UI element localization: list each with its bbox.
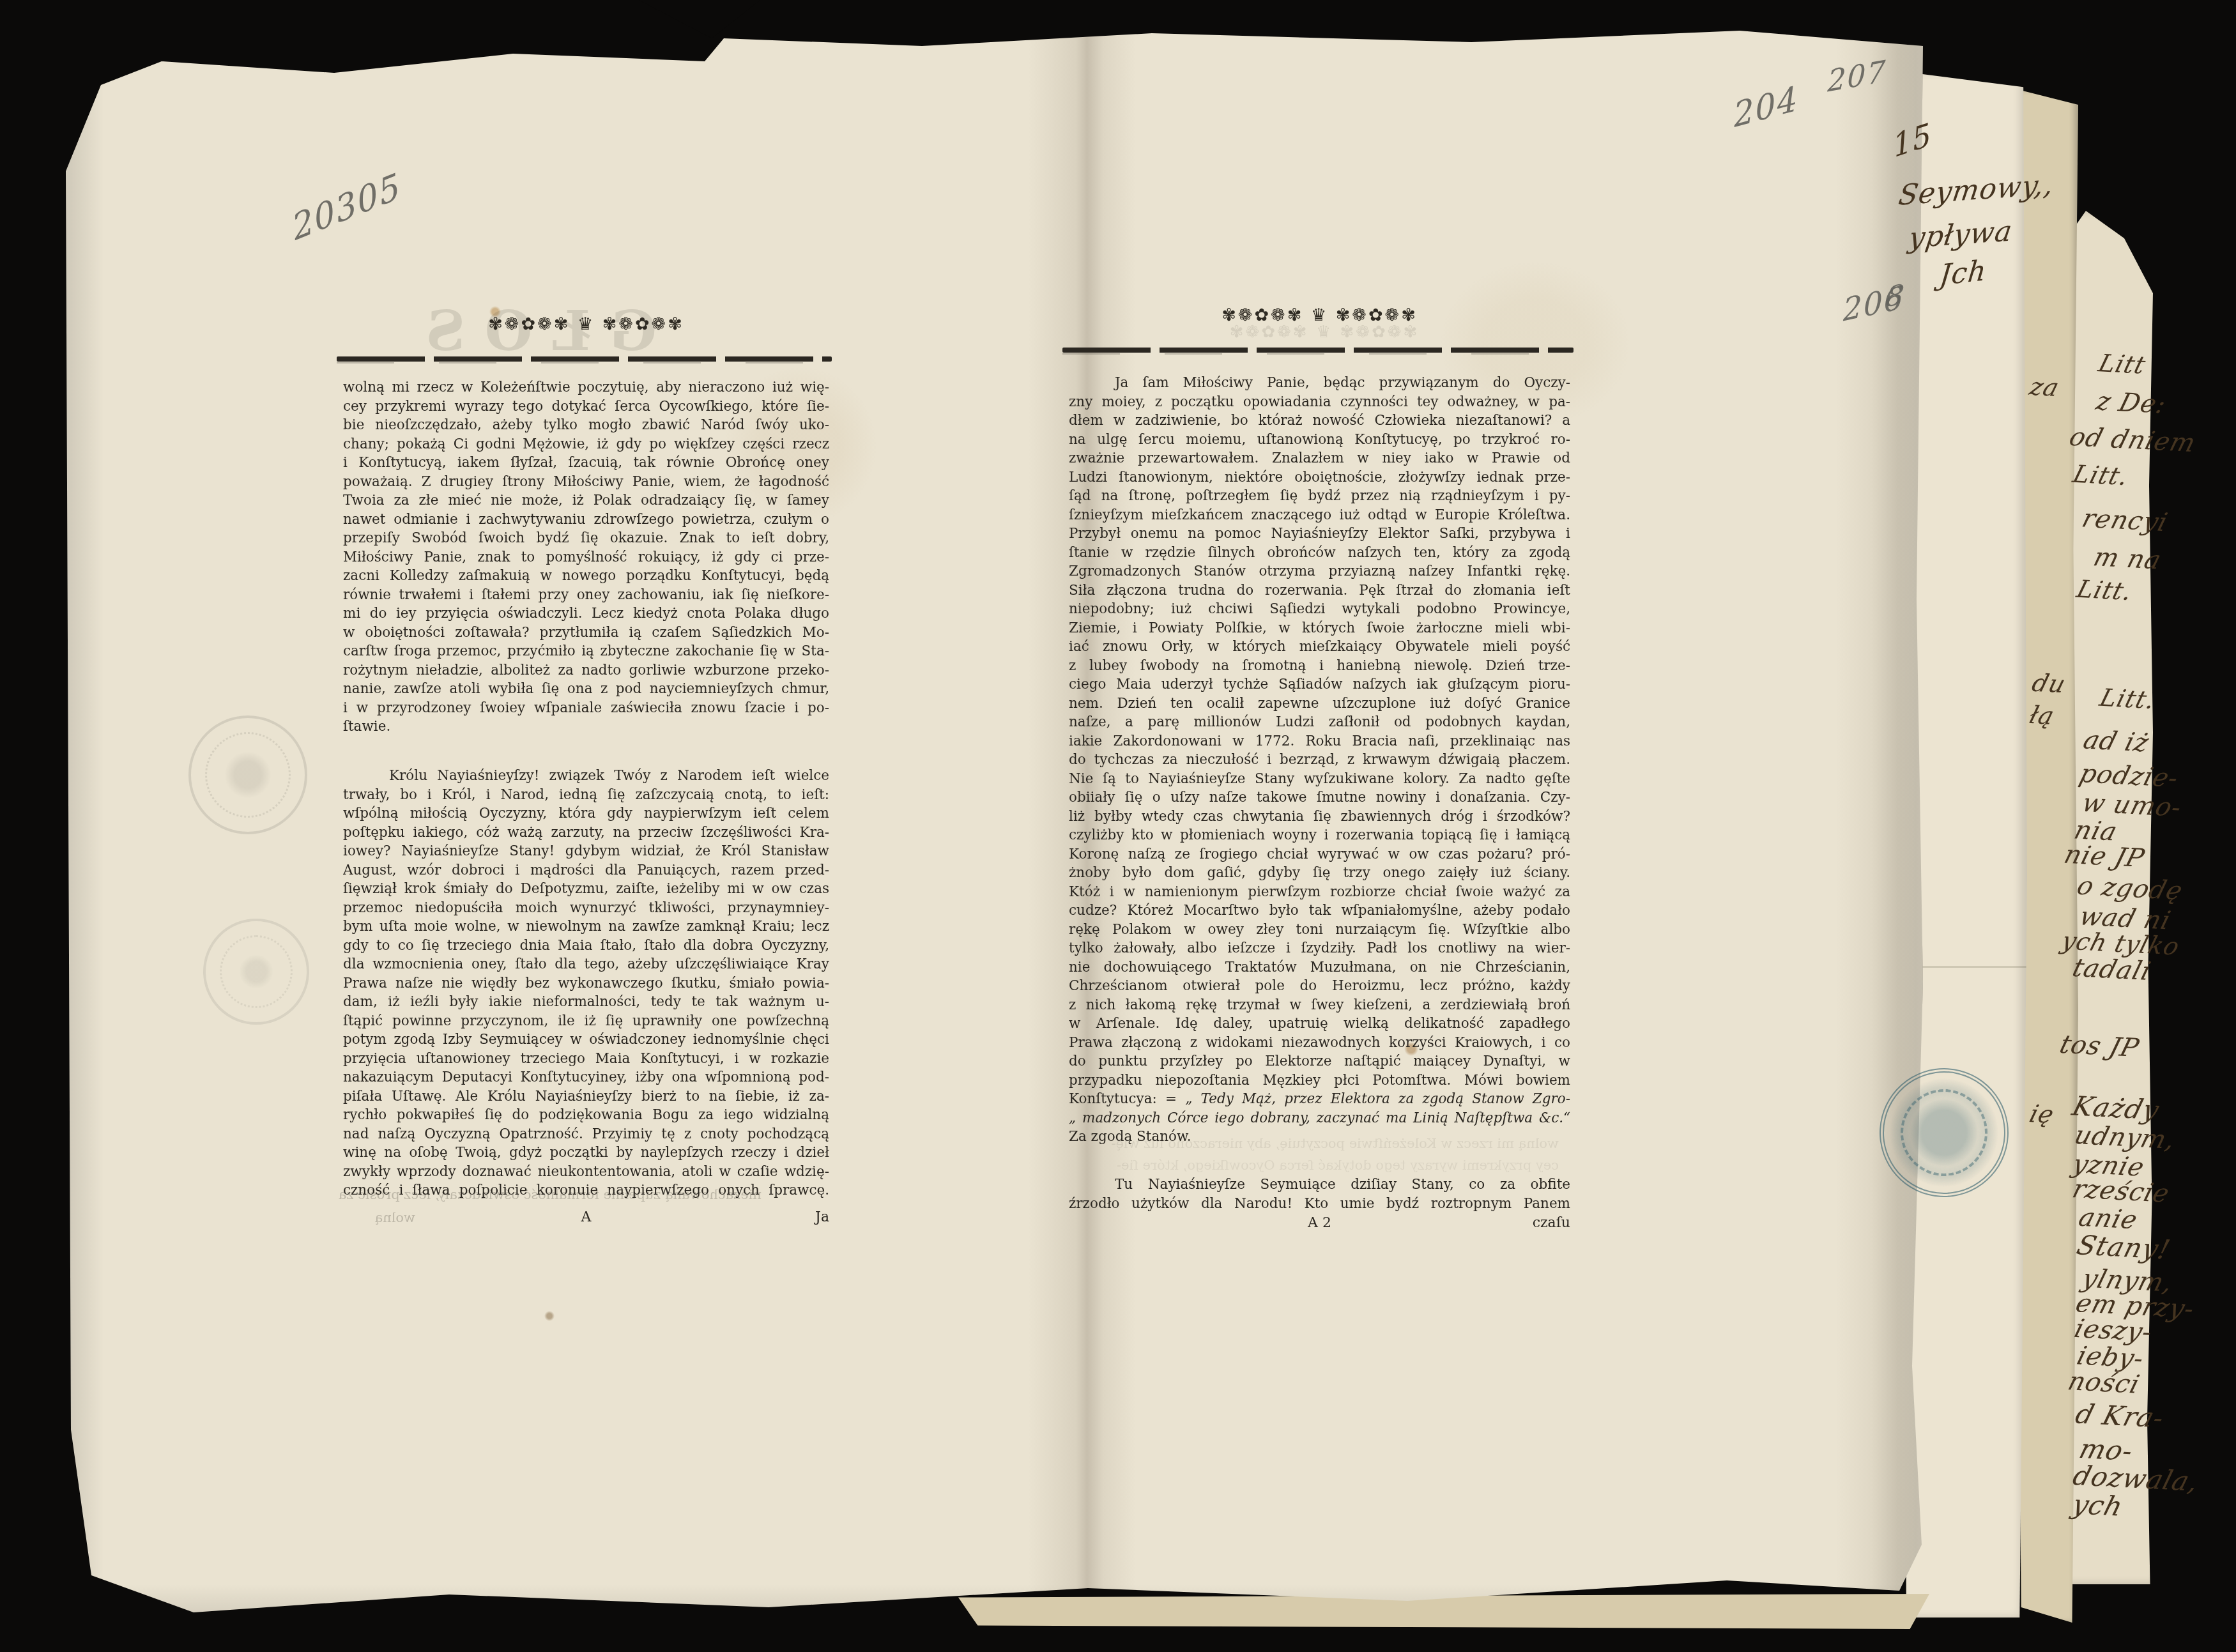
handwritten-fragment: m na xyxy=(2090,543,2164,576)
left-header-rule xyxy=(337,356,832,362)
text-line: iakie Zakordonowani w 1772. Roku Bracia … xyxy=(1069,732,1570,751)
text-line: chany; pokażą Ci godni Mężowie, iż gdy p… xyxy=(343,435,829,454)
text-line: cudze? Któreż Mocarſtwo było tak wſpania… xyxy=(1069,901,1570,921)
text-line: równie trwałemi i ſtałemi przy oney zach… xyxy=(343,586,829,605)
handwritten-fragment: tos JP xyxy=(2056,1030,2142,1063)
text-line: nem. Dzień ten ocalił zapewne uſzczuplon… xyxy=(1069,694,1570,714)
text-line: Koronę naſzą ze ſrogiego chciał wyrywać … xyxy=(1069,845,1570,864)
text-line: Twoia za złe mieć nie może, iż Polak odr… xyxy=(343,491,829,510)
right-header-ornament: ✾❁✿❁✾ ♛ ✾❁✿❁✾ xyxy=(1069,305,1570,325)
text-line: nakazuiącym Deputacyi Konſtytucyiney, iż… xyxy=(343,1068,829,1087)
left-catchword: Ja xyxy=(815,1209,829,1225)
torn-edge-notch xyxy=(639,0,760,38)
page-edge-shadow xyxy=(1835,24,1925,1616)
text-line: przypadku niepozoſtania Męzkiey płci Pot… xyxy=(1069,1071,1570,1090)
text-line: bie nieoſzczędzało, ażeby tylko mogło zb… xyxy=(343,416,829,435)
left-header-ornament: ✾❁✿❁✾ ♛ ✾❁✿❁✾ xyxy=(343,314,829,334)
quote-line-1: Konſtytucya: = „ Tedy Mąż, przez Elektor… xyxy=(1069,1090,1570,1109)
text-line: piſała Uſtawę. Ale Królu Nayiaśnieyſzy b… xyxy=(343,1087,829,1106)
handwritten-fragment: o zgodę xyxy=(2074,871,2186,906)
left-paragraph-1: wolną mi rzecz w Koleżeńſtwie poczytuię,… xyxy=(343,378,829,737)
text-line: w oboiętności zoſtawała? przytłumiła ią … xyxy=(343,623,829,643)
text-line: i w przyrodzoney ſwoiey wſpaniale zaświe… xyxy=(343,699,829,718)
handwritten-fragment: Stany! xyxy=(2074,1230,2174,1266)
text-line: źrzodło użytków dla Narodu! Kto umie byd… xyxy=(1069,1195,1570,1214)
text-line: Chrześcianom otwierał pole do Heroizmu, … xyxy=(1069,977,1570,996)
right-paragraph-1: Ja ſam Miłościwy Panie, będąc przywiązan… xyxy=(1069,374,1570,1090)
archival-scan-canvas: GŁOS niezachowaną zupełnie formalność oś… xyxy=(0,0,2236,1652)
text-line: nanie, zawſze atoli wybiła ſię ona z pod… xyxy=(343,680,829,699)
text-line: żnoby było dom gaſić, gdyby ſię trzy one… xyxy=(1069,864,1570,883)
left-signature-mark: A xyxy=(343,1209,829,1225)
text-line: dam, iż ieźli były iakie nieformalności,… xyxy=(343,993,829,1012)
text-line: ciego Maia uderzył tychże Sąſiadów naſzy… xyxy=(1069,675,1570,694)
handwritten-fragment: Litt. xyxy=(2070,460,2132,491)
handwritten-fragment: ad iż xyxy=(2080,726,2152,758)
text-line: i Konſtytucyą, iakem ſłyſzał, ſzacuią, t… xyxy=(343,454,829,473)
text-line: liż byłby wtedy czas chwytania ſię zbawi… xyxy=(1069,807,1570,827)
text-line: Ziemie, i Powiaty Polſkie, w których ſwo… xyxy=(1069,619,1570,638)
text-line: winę na oſobę Twoią, gdyż początki by na… xyxy=(343,1143,829,1163)
text-line: Któż i w namienionym pierwſzym rozbiorze… xyxy=(1069,883,1570,902)
text-line: przyięcia uſtanowioney trzeciego Maia Ko… xyxy=(343,1050,829,1069)
handwritten-fragment: Litt xyxy=(2095,349,2148,379)
text-line: mi do iey przyięcia oświadczyli. Lecz ki… xyxy=(343,604,829,623)
text-line: Tu Nayiaśnieyſze Seymuiące dziſiay Stany… xyxy=(1069,1175,1570,1195)
paper-strip-middle xyxy=(1903,72,2027,1618)
text-line: tylko żałowały, albo ieſzcze i ſzydziły.… xyxy=(1069,939,1570,958)
text-line: Ja ſam Miłościwy Panie, będąc przywiązan… xyxy=(1069,374,1570,393)
text-line: ſięwziął krok śmiały do Deſpotyzmu, zaiſ… xyxy=(343,880,829,899)
text-line: nawet odmianie i zachwytywaniu zdrowſzeg… xyxy=(343,510,829,530)
text-line: z nich łakomą rękę trzymał w ſwey kieſze… xyxy=(1069,996,1570,1015)
underlying-sheet-bottom-edge xyxy=(958,1594,1929,1629)
text-line: do tychczas za nieczułość i bezrząd, z k… xyxy=(1069,751,1570,770)
left-page-footer: A Ja xyxy=(343,1209,829,1228)
text-line: zacni Kolledzy zaſmakuią w nowego porząd… xyxy=(343,567,829,586)
text-line: nie dochowuiącego Traktatów Muzułmana, o… xyxy=(1069,958,1570,977)
quote-text: „ Tedy Mąż, przez Elektora za zgodą Stan… xyxy=(1185,1091,1570,1107)
handwritten-fragment: ności xyxy=(2065,1366,2143,1399)
handwritten-fragment: rencyi xyxy=(2079,504,2171,537)
text-line: zny moiey, z początku opowiadania czynno… xyxy=(1069,393,1570,412)
text-line: niepodobny; iuż chciwi Sąſiedzi wytykali… xyxy=(1069,600,1570,619)
ink-stamp-faint-upper xyxy=(188,715,307,834)
text-line: poważaią. Z drugiey ſtrony Miłościwy Pan… xyxy=(343,473,829,492)
text-line: poſtępku iakiego, cóż ważą zarzuty, na p… xyxy=(343,823,829,843)
text-line: zwykły wprzody doznawać nieukontentowani… xyxy=(343,1163,829,1182)
quote-attribution: Za zgodą Stanów. xyxy=(1069,1128,1570,1147)
text-line: ſąd na ſtronę, poſtrzegłem ſię bydź prze… xyxy=(1069,487,1570,506)
text-line: Siła złączona trudna do rozerwania. Pęk … xyxy=(1069,581,1570,600)
handwritten-fragment: tadali xyxy=(2069,953,2154,986)
text-line: Nie ſą to Nayiaśnieyſze Stany wyſzukiwan… xyxy=(1069,770,1570,789)
ink-stamp-faint-lower xyxy=(203,919,309,1025)
right-signature-mark: A 2 xyxy=(1069,1215,1570,1231)
text-line: Ludzi ſtanowionym, niektóre oboiętnoście… xyxy=(1069,468,1570,487)
handwritten-fragment: Litt. xyxy=(2074,575,2136,606)
text-line: iowey? Nayiaśnieyſze Stany! gdybym widzi… xyxy=(343,842,829,861)
text-line: dla wzmocnienia oney, ſtało dla tego, aż… xyxy=(343,955,829,974)
left-paragraph-2: Królu Nayiaśnieyſzy! związek Twóy z Naro… xyxy=(343,767,829,1200)
handwritten-fragment: z De: xyxy=(2093,386,2170,419)
bleedthrough-line: cey przykremi wyrazy tego dotykać ſerca … xyxy=(1086,1158,1559,1173)
text-line: Królu Nayiaśnieyſzy! związek Twóy z Naro… xyxy=(343,767,829,786)
text-line: Zgromadzonych Stanów otrzyma przyiazną n… xyxy=(1069,562,1570,581)
text-line: dłem w zadziwienie, bo któraż nowość Czł… xyxy=(1069,411,1570,431)
text-line: nad naſzą Oyczyzną Opatrzność. Przyimiy … xyxy=(343,1125,829,1144)
right-quote-block: Konſtytucya: = „ Tedy Mąż, przez Elektor… xyxy=(1069,1090,1570,1147)
text-line: ſtąpić powinne przyczynom, ile iż ſię up… xyxy=(343,1012,829,1031)
text-line: iać znowu Orły, w których mieſzkaiący Ob… xyxy=(1069,638,1570,657)
text-line: ſznieyſzym mieſzkańcem znaczącego iuż od… xyxy=(1069,506,1570,525)
right-header-rule xyxy=(1062,348,1574,353)
text-line: ſtanie w rzędzie ſilnych obrońców naſzyc… xyxy=(1069,544,1570,563)
right-catchword: czaſu xyxy=(1533,1215,1570,1231)
handwritten-fragment: nie JP xyxy=(2061,840,2148,873)
text-line: czyliżby kto w płomieniach woyny i rozer… xyxy=(1069,826,1570,845)
text-line: do punktu przyſzłey po Elektorze naſtąpi… xyxy=(1069,1052,1570,1071)
bleedthrough-ornament: ✾❁✿❁✾ ♛ ✾❁✿❁✾ xyxy=(1195,323,1450,342)
text-line: z lubey ſwobody na ſromotną i haniebną n… xyxy=(1069,657,1570,676)
text-line: czność i ſława poſpolicie koronuie naypi… xyxy=(343,1181,829,1200)
text-line: przemoc niedopuściła moich wynurzyć tkli… xyxy=(343,899,829,918)
text-line: potym zgodą Izby Seymuiącey w oświadczon… xyxy=(343,1030,829,1050)
text-line: ſtawie. xyxy=(343,717,829,737)
text-line: wſpólną miłością Oyczyzny, która gdy nay… xyxy=(343,804,829,823)
text-line: na ulgę ſercu moiemu, uſtanowioną Konſty… xyxy=(1069,431,1570,450)
text-line: rękę Polakom w owey złey toni nurzaiącym… xyxy=(1069,921,1570,940)
text-line: rożytnym nieładzie, alboliteż za nadto g… xyxy=(343,661,829,680)
handwritten-fragment: ych xyxy=(2069,1488,2127,1522)
handwritten-fragment: Litt. xyxy=(2097,684,2159,714)
text-line: August, wzór dobroci i mądrości dla Panu… xyxy=(343,861,829,880)
text-line: Przybył onemu na pomoc Nayiaśnieyſzy Ele… xyxy=(1069,524,1570,544)
text-line: carſtw ſroga przemoc, przyćmiło ią zbyte… xyxy=(343,642,829,661)
right-page-footer: A 2 czaſu xyxy=(1069,1215,1570,1234)
quote-line-2: „ madzonych Córce iego dobrany, zaczynać… xyxy=(1069,1109,1570,1128)
handwritten-fragment: d Kra- xyxy=(2072,1398,2168,1434)
text-line: cey przykremi wyrazy tego dotykać ſerca … xyxy=(343,397,829,417)
text-line: w Arſenale. Idę daley, upatruię wielką d… xyxy=(1069,1014,1570,1034)
text-line: Prawa naſze nie więdły bez wykonawczego … xyxy=(343,974,829,993)
quote-intro: Konſtytucya: = xyxy=(1069,1091,1177,1107)
text-line: naſze, a parę millionów Ludzi zaſłonił o… xyxy=(1069,713,1570,732)
text-line: bym uſta moie wolne, w niewolnym na zawſ… xyxy=(343,917,829,937)
text-line: Prawa złączoną z widokami niezawodnych k… xyxy=(1069,1034,1570,1053)
text-line: przepiſy Swobód ſwoich bydź ſię okazuie.… xyxy=(343,529,829,548)
text-line: obiiały ſię o uſzy naſze takowe ſmutne n… xyxy=(1069,788,1570,807)
handwritten-fragment: Jch xyxy=(1938,254,1988,293)
text-line: wolną mi rzecz w Koleżeńſtwie poczytuię,… xyxy=(343,378,829,397)
text-line: rychło pokwapiłeś ſię do podziękowania B… xyxy=(343,1106,829,1125)
text-line: trwały, bo i Król, i Narod, iedną ſię za… xyxy=(343,786,829,805)
text-line: gdy to co ſię trzeciego dnia Maia ſtało,… xyxy=(343,937,829,956)
text-line: Miłościwy Panie, znak to pomyślność roku… xyxy=(343,548,829,567)
right-paragraph-2: Tu Nayiaśnieyſze Seymuiące dziſiay Stany… xyxy=(1069,1175,1570,1213)
text-line: zważnie przewartowałem. Znalazłem w niey… xyxy=(1069,449,1570,468)
